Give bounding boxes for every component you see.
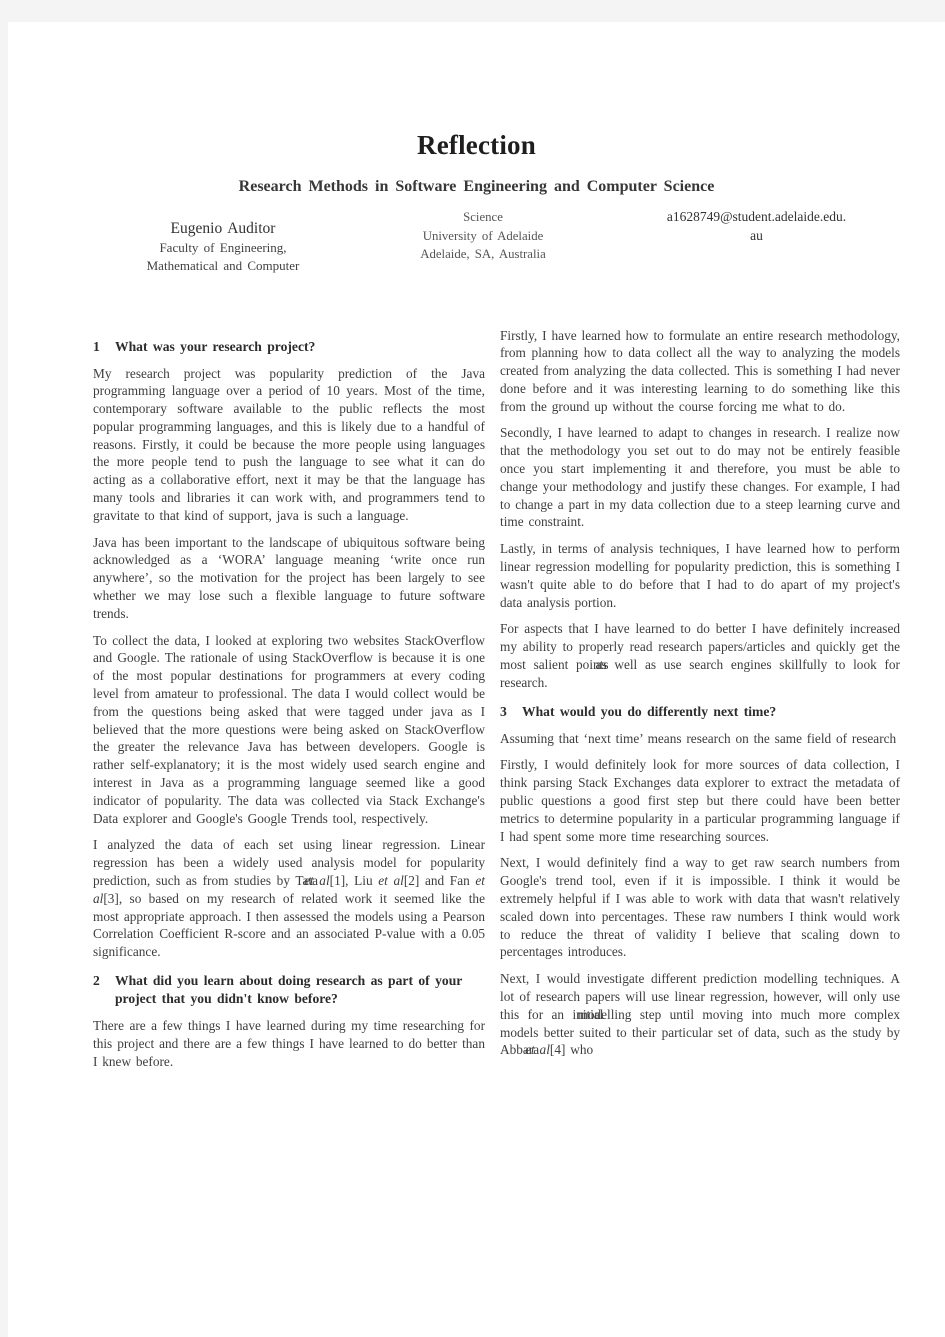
text-run: [4] who <box>550 1042 593 1057</box>
author-email-line: a1628749@student.adelaide.edu. <box>613 208 900 227</box>
text-run: [1], Liu <box>330 873 379 888</box>
paragraph: My research project was popularity predi… <box>93 365 485 525</box>
paragraph: To collect the data, I looked at explori… <box>93 632 485 828</box>
paragraph: Firstly, I have learned how to formulate… <box>500 327 900 416</box>
author-affiliation-line: Adelaide, SA, Australia <box>353 245 613 264</box>
section-number: 1 <box>93 338 115 356</box>
paragraph: Next, I would investigate different pred… <box>500 970 900 1059</box>
author-column-1: Eugenio Auditor Faculty of Engineering, … <box>93 208 353 276</box>
paper-title: Reflection <box>8 22 945 161</box>
text-run: There are a few things I have learned du… <box>93 1018 485 1069</box>
section-number: 2 <box>93 972 115 990</box>
author-affiliation-line: Mathematical and Computer <box>93 257 353 276</box>
text-run: To collect the data, I looked at explori… <box>93 633 485 826</box>
author-block: Eugenio Auditor Faculty of Engineering, … <box>8 196 945 276</box>
document-page: Reflection Research Methods in Software … <box>8 22 945 1337</box>
author-affiliation-line: University of Adelaide <box>353 227 613 246</box>
paragraph: Next, I would definitely find a way to g… <box>500 854 900 961</box>
text-run: Firstly, I have learned how to formulate… <box>500 328 900 414</box>
section-title: What was your research project? <box>115 339 315 354</box>
paper-subtitle: Research Methods in Software Engineering… <box>8 178 945 196</box>
paragraph: Java has been important to the landscape… <box>93 534 485 623</box>
text-run: Next, I would definitely find a way to g… <box>500 855 900 959</box>
text-run-overlap-italic: et al <box>304 873 330 888</box>
author-column-3: a1628749@student.adelaide.edu. au <box>613 208 900 276</box>
section-title: What did you learn about doing research … <box>115 973 462 1006</box>
body-columns: 1What was your research project?My resea… <box>8 276 945 1080</box>
text-run: [2] and Fan <box>404 873 476 888</box>
paragraph: There are a few things I have learned du… <box>93 1017 485 1070</box>
paragraph: Assuming that ‘next time’ means research… <box>500 730 900 748</box>
section-heading: 1What was your research project? <box>93 338 485 356</box>
paragraph: Secondly, I have learned to adapt to cha… <box>500 424 900 531</box>
paragraph: Firstly, I would definitely look for mor… <box>500 756 900 845</box>
text-run: Lastly, in terms of analysis techniques,… <box>500 541 900 609</box>
paper-header: Reflection Research Methods in Software … <box>8 22 945 276</box>
text-run: Firstly, I would definitely look for mor… <box>500 757 900 843</box>
paragraph: I analyzed the data of each set using li… <box>93 836 485 961</box>
paragraph: For aspects that I have learned to do be… <box>500 620 900 691</box>
text-column-right: Firstly, I have learned how to formulate… <box>500 327 900 1080</box>
section-number: 3 <box>500 703 522 721</box>
section-heading: 2What did you learn about doing research… <box>93 972 485 1008</box>
text-column-left: 1What was your research project?My resea… <box>93 327 485 1080</box>
text-run-italic: et al <box>378 873 404 888</box>
author-column-2: Science University of Adelaide Adelaide,… <box>353 208 613 276</box>
section-title: What would you do differently next time? <box>522 704 776 719</box>
text-run: My research project was popularity predi… <box>93 366 485 523</box>
text-run-overlap-small: as <box>596 657 607 672</box>
paragraph: Lastly, in terms of analysis techniques,… <box>500 540 900 611</box>
text-run-overlap-large: modelling <box>578 1007 632 1022</box>
text-run: [3], so based on my research of related … <box>93 891 485 959</box>
author-email-line: au <box>613 227 900 246</box>
section-heading: 3What would you do differently next time… <box>500 703 900 721</box>
text-run: Java has been important to the landscape… <box>93 535 485 621</box>
text-run: Secondly, I have learned to adapt to cha… <box>500 425 900 529</box>
author-name: Eugenio Auditor <box>93 220 353 239</box>
text-run: Assuming that ‘next time’ means research… <box>500 731 896 746</box>
text-run-overlap-italic: et al <box>525 1042 550 1057</box>
author-affiliation-line: Faculty of Engineering, <box>93 239 353 258</box>
author-affiliation-line: Science <box>353 208 613 227</box>
